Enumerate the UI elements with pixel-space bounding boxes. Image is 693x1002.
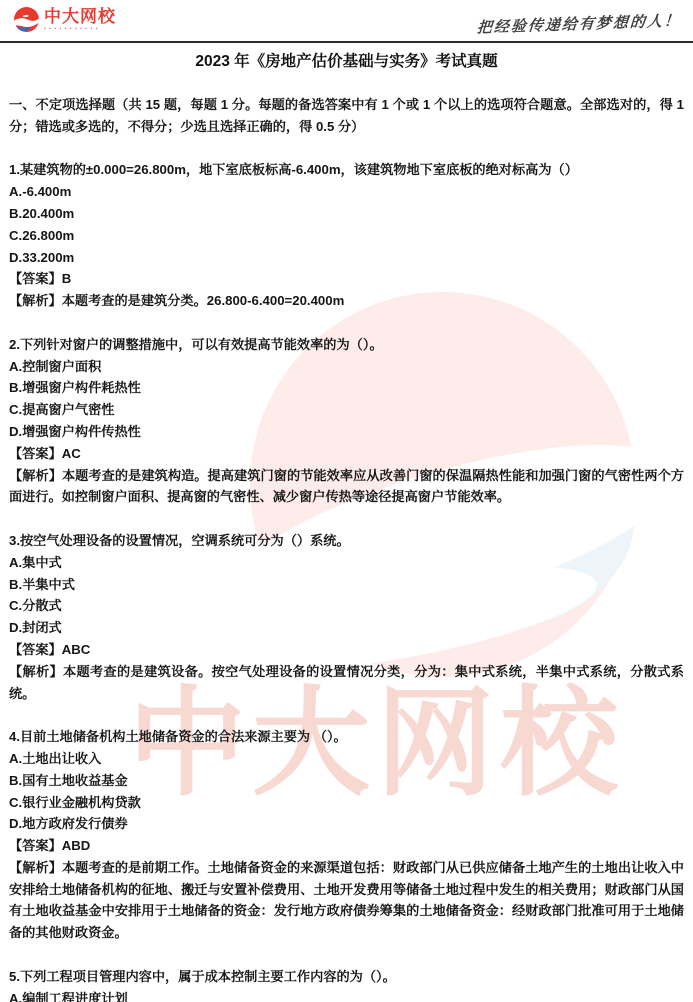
brand-lockup: 中大网校 ▪ ▪ ▪ ▪ ▪ ▪ ▪ ▪ ▪ ▪ ▪ <box>14 7 116 32</box>
option-a: A.土地出让收入 <box>9 748 684 770</box>
option-a: A.编制工程进度计划 <box>9 988 684 1002</box>
question-block-1: 1.某建筑物的±0.000=26.800m，地下室底板标高-6.400m，该建筑… <box>9 159 684 312</box>
option-a: A.控制窗户面积 <box>9 356 684 378</box>
option-d: D.33.200m <box>9 247 684 269</box>
answer-line: 【答案】ABD <box>9 835 684 857</box>
option-c: C.提高窗户气密性 <box>9 399 684 421</box>
brand-tagline: ▪ ▪ ▪ ▪ ▪ ▪ ▪ ▪ ▪ ▪ ▪ <box>44 26 116 32</box>
option-b: B.20.400m <box>9 203 684 225</box>
page-header: 中大网校 ▪ ▪ ▪ ▪ ▪ ▪ ▪ ▪ ▪ ▪ ▪ 把经验传递给有梦想的人！ <box>0 0 693 43</box>
option-d: D.封闭式 <box>9 617 684 639</box>
question-stem: 2.下列针对窗户的调整措施中，可以有效提高节能效率的为（）。 <box>9 334 684 356</box>
option-a: A.集中式 <box>9 552 684 574</box>
answer-line: 【答案】ABC <box>9 639 684 661</box>
analysis-line: 【解析】本题考查的是建筑设备。按空气处理设备的设置情况分类，分为：集中式系统，半… <box>9 661 684 705</box>
document-body: 一、不定项选择题（共 15 题，每题 1 分。每题的备选答案中有 1 个或 1 … <box>0 94 693 1002</box>
brand-logo-icon <box>14 7 39 32</box>
question-stem: 4.目前土地储备机构土地储备资金的合法来源主要为 （）。 <box>9 726 684 748</box>
option-b: B.国有土地收益基金 <box>9 770 684 792</box>
option-c: C.26.800m <box>9 225 684 247</box>
question-block-4: 4.目前土地储备机构土地储备资金的合法来源主要为 （）。 A.土地出让收入 B.… <box>9 726 684 944</box>
option-c: C.银行业金融机构贷款 <box>9 792 684 814</box>
answer-line: 【答案】AC <box>9 443 684 465</box>
analysis-line: 【解析】本题考查的是建筑构造。提高建筑门窗的节能效率应从改善门窗的保温隔热性能和… <box>9 465 684 509</box>
section-heading: 一、不定项选择题（共 15 题，每题 1 分。每题的备选答案中有 1 个或 1 … <box>9 94 684 138</box>
analysis-line: 【解析】本题考查的是前期工作。土地储备资金的来源渠道包括：财政部门从已供应储备土… <box>9 857 684 944</box>
question-stem: 5.下列工程项目管理内容中，属于成本控制主要工作内容的为（）。 <box>9 966 684 988</box>
option-b: B.半集中式 <box>9 574 684 596</box>
option-d: D.地方政府发行债券 <box>9 813 684 835</box>
brand-name: 中大网校 <box>44 7 116 26</box>
option-c: C.分散式 <box>9 595 684 617</box>
question-block-2: 2.下列针对窗户的调整措施中，可以有效提高节能效率的为（）。 A.控制窗户面积 … <box>9 334 684 508</box>
question-stem: 3.按空气处理设备的设置情况，空调系统可分为（）系统。 <box>9 530 684 552</box>
analysis-line: 【解析】本题考查的是建筑分类。26.800-6.400=20.400m <box>9 290 684 312</box>
brand-text-column: 中大网校 ▪ ▪ ▪ ▪ ▪ ▪ ▪ ▪ ▪ ▪ ▪ <box>44 7 116 32</box>
question-block-3: 3.按空气处理设备的设置情况，空调系统可分为（）系统。 A.集中式 B.半集中式… <box>9 530 684 704</box>
page-title: 2023 年《房地产估价基础与实务》考试真题 <box>0 50 693 74</box>
option-d: D.增强窗户构件传热性 <box>9 421 684 443</box>
question-stem: 1.某建筑物的±0.000=26.800m，地下室底板标高-6.400m，该建筑… <box>9 159 684 181</box>
handwritten-slogan: 把经验传递给有梦想的人！ <box>476 9 681 37</box>
answer-line: 【答案】B <box>9 268 684 290</box>
option-a: A.-6.400m <box>9 181 684 203</box>
document-page: 中大网校 中大网校 ▪ ▪ ▪ ▪ ▪ ▪ ▪ ▪ ▪ ▪ ▪ 把经验传递给有梦… <box>0 0 693 1002</box>
question-block-5: 5.下列工程项目管理内容中，属于成本控制主要工作内容的为（）。 A.编制工程进度… <box>9 966 684 1002</box>
option-b: B.增强窗户构件耗热性 <box>9 377 684 399</box>
